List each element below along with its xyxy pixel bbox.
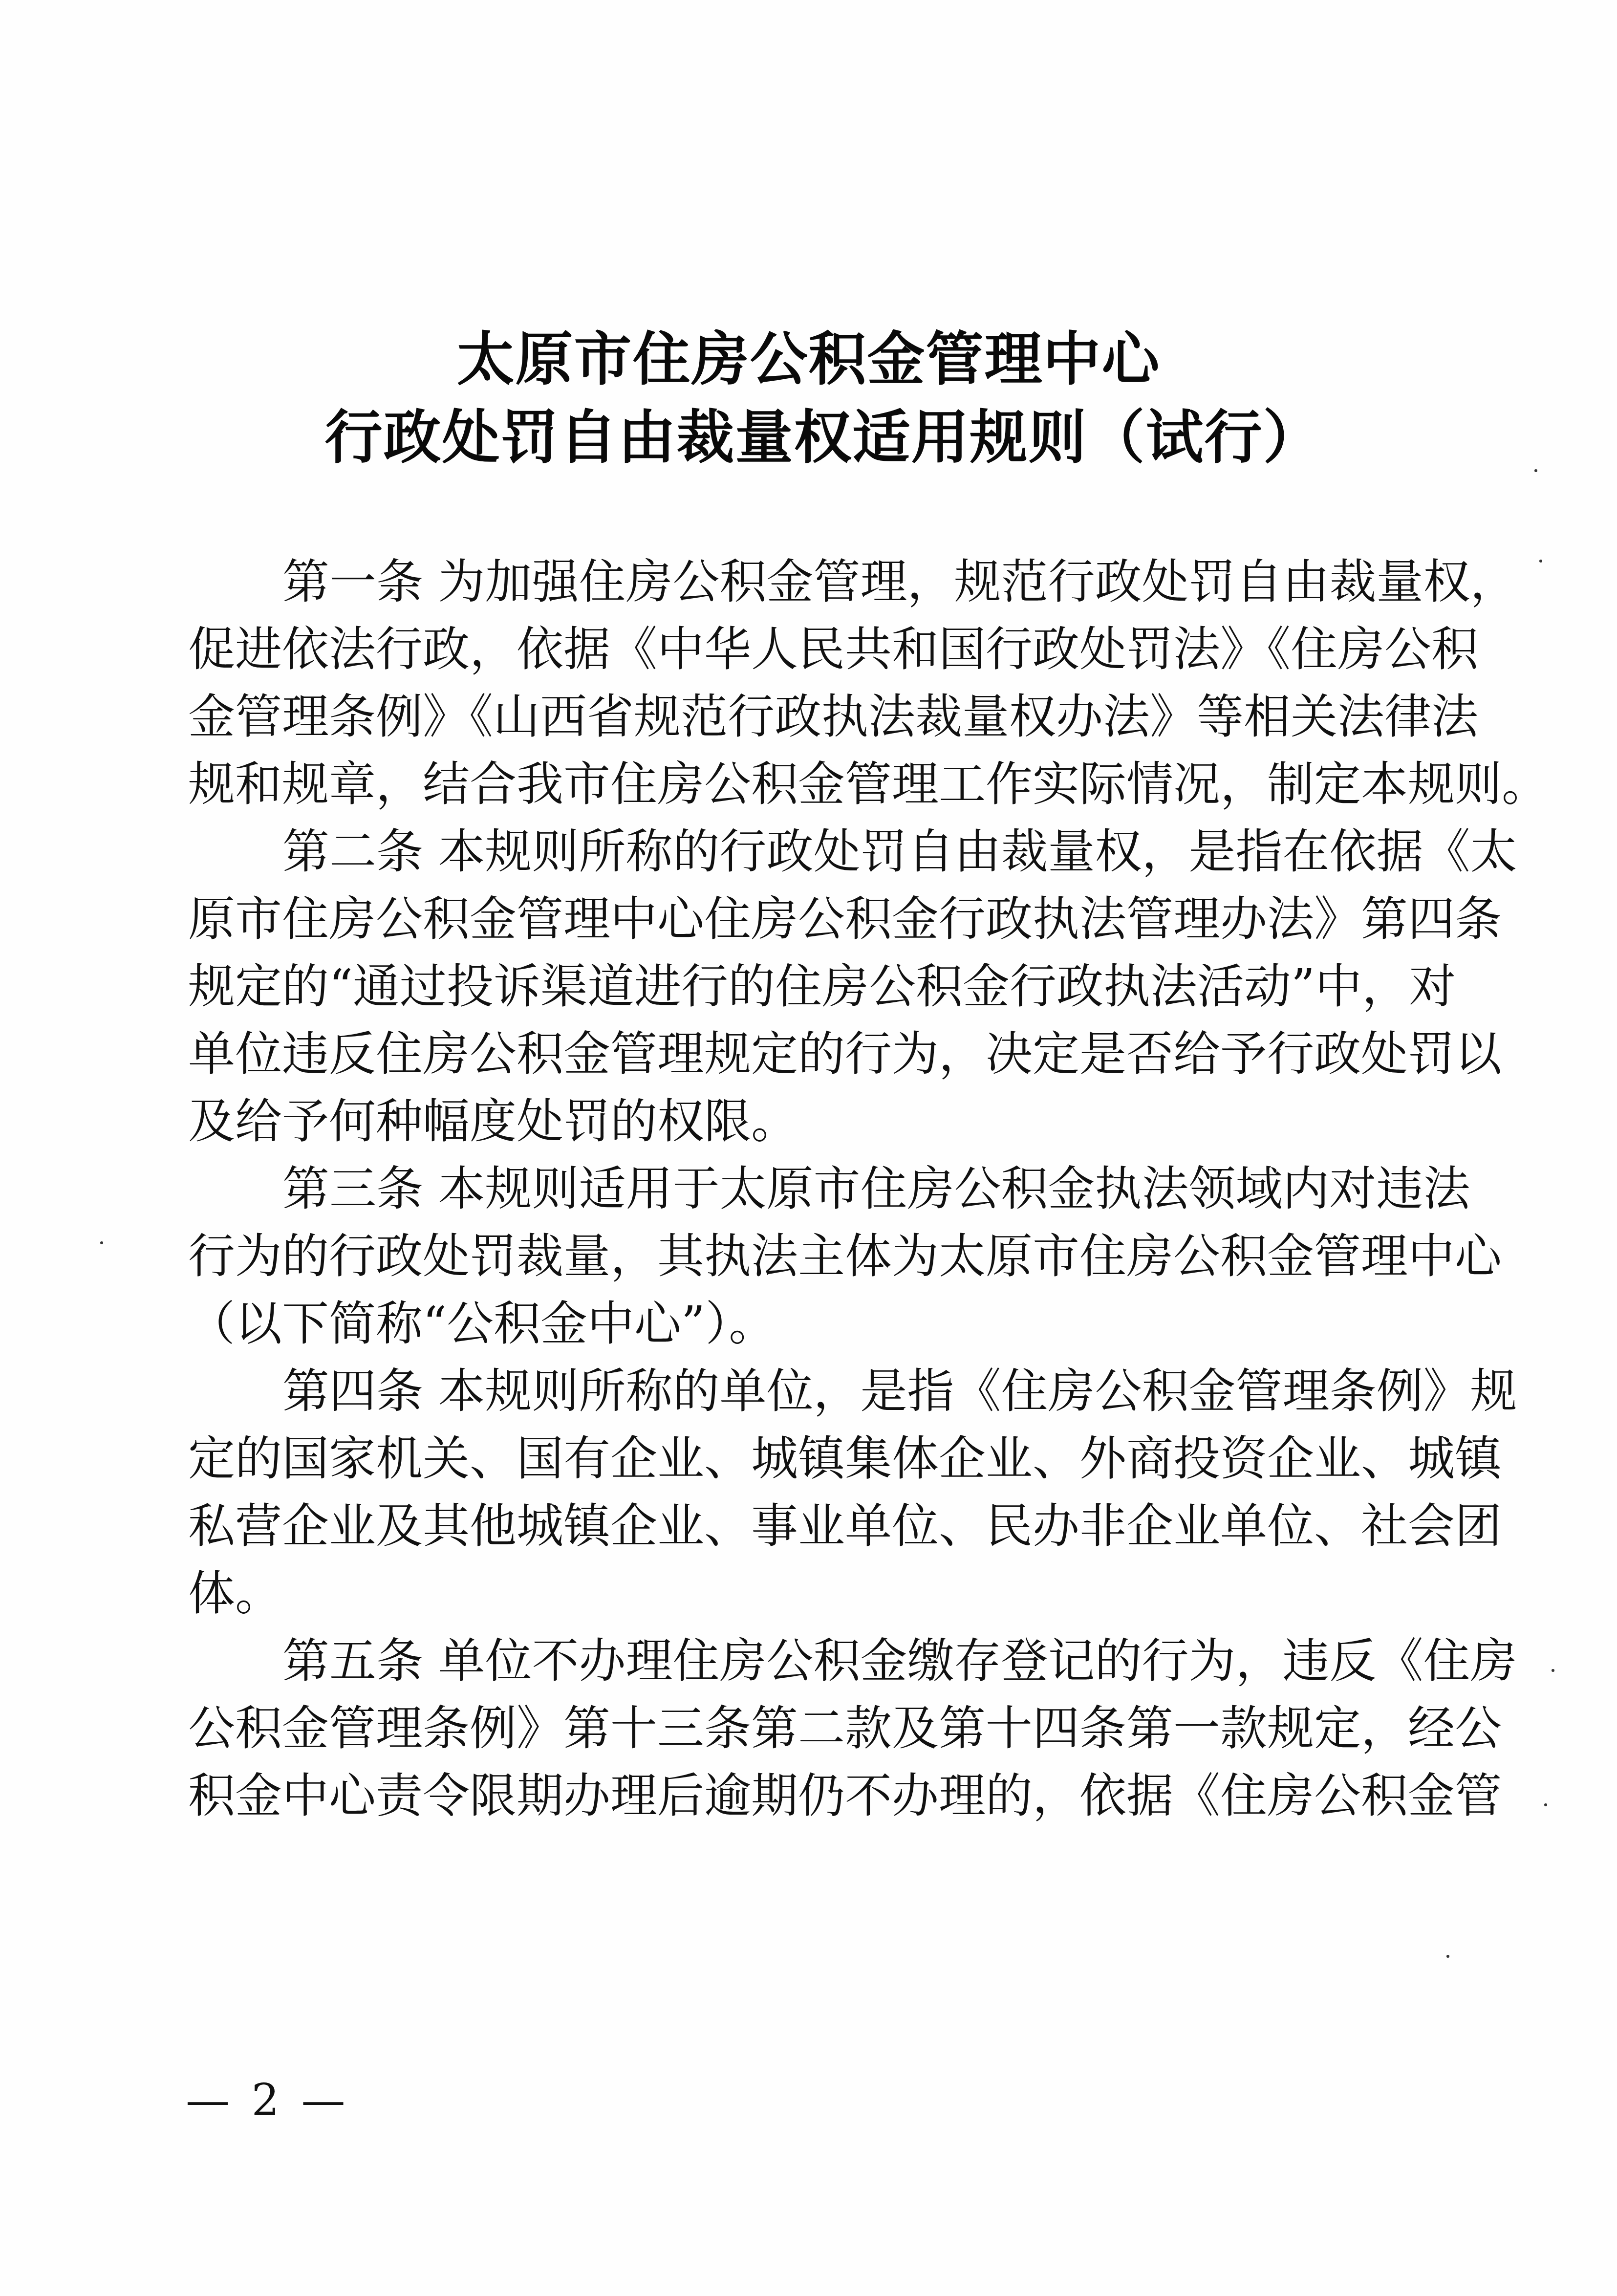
article-4-line-1: 第四条 本规则所称的单位，是指《住房公积金管理条例》规 <box>282 1362 1429 1420</box>
article-5-line-2: 公积金管理条例》第十三条第二款及第十四条第一款规定，经公 <box>188 1699 1429 1757</box>
scan-speck <box>1544 1803 1547 1806</box>
article-2-line-1: 第二条 本规则所称的行政处罚自由裁量权，是指在依据《太 <box>282 822 1429 881</box>
article-4-line-2: 定的国家机关、国有企业、城镇集体企业、外商投资企业、城镇 <box>188 1429 1429 1488</box>
document-page: 太原市住房公积金管理中心 行政处罚自由裁量权适用规则（试行） 第一条 为加强住房… <box>0 0 1617 2296</box>
scan-speck <box>1552 1669 1554 1672</box>
article-3-line-3: （以下简称“公积金中心”）。 <box>188 1294 1429 1353</box>
article-3-line-2: 行为的行政处罚裁量，其执法主体为太原市住房公积金管理中心 <box>188 1227 1429 1285</box>
document-title-line-2: 行政处罚自由裁量权适用规则（试行） <box>15 391 1617 474</box>
article-3-line-1: 第三条 本规则适用于太原市住房公积金执法领域内对违法 <box>282 1159 1429 1218</box>
article-1-line-4: 规和规章，结合我市住房公积金管理工作实际情况，制定本规则。 <box>188 755 1429 813</box>
article-2-line-2: 原市住房公积金管理中心住房公积金行政执法管理办法》第四条 <box>188 889 1429 948</box>
article-2-line-5: 及给予何种幅度处罚的权限。 <box>188 1092 1429 1150</box>
document-title-line-1: 太原市住房公积金管理中心 <box>0 313 1617 396</box>
scan-speck <box>1539 560 1542 563</box>
article-4-line-4: 体。 <box>188 1564 1429 1623</box>
article-1-line-2: 促进依法行政，依据《中华人民共和国行政处罚法》《住房公积 <box>188 620 1429 678</box>
article-5-line-1: 第五条 单位不办理住房公积金缴存登记的行为，违反《住房 <box>282 1631 1429 1690</box>
article-2-line-4: 单位违反住房公积金管理规定的行为，决定是否给予行政处罚以 <box>188 1024 1429 1083</box>
scan-speck <box>100 1241 103 1244</box>
article-2-line-3: 规定的“通过投诉渠道进行的住房公积金行政执法活动”中，对 <box>188 957 1429 1016</box>
article-1-line-3: 金管理条例》《山西省规范行政执法裁量权办法》等相关法律法 <box>188 687 1429 746</box>
article-5-line-3: 积金中心责令限期办理后逾期仍不办理的，依据《住房公积金管 <box>188 1766 1429 1825</box>
page-number: — 2 — <box>186 2075 349 2126</box>
scan-speck <box>1446 1955 1449 1958</box>
article-1-line-1: 第一条 为加强住房公积金管理，规范行政处罚自由裁量权， <box>282 552 1429 611</box>
article-4-line-3: 私营企业及其他城镇企业、事业单位、民办非企业单位、社会团 <box>188 1496 1429 1555</box>
scan-speck <box>1534 469 1537 472</box>
